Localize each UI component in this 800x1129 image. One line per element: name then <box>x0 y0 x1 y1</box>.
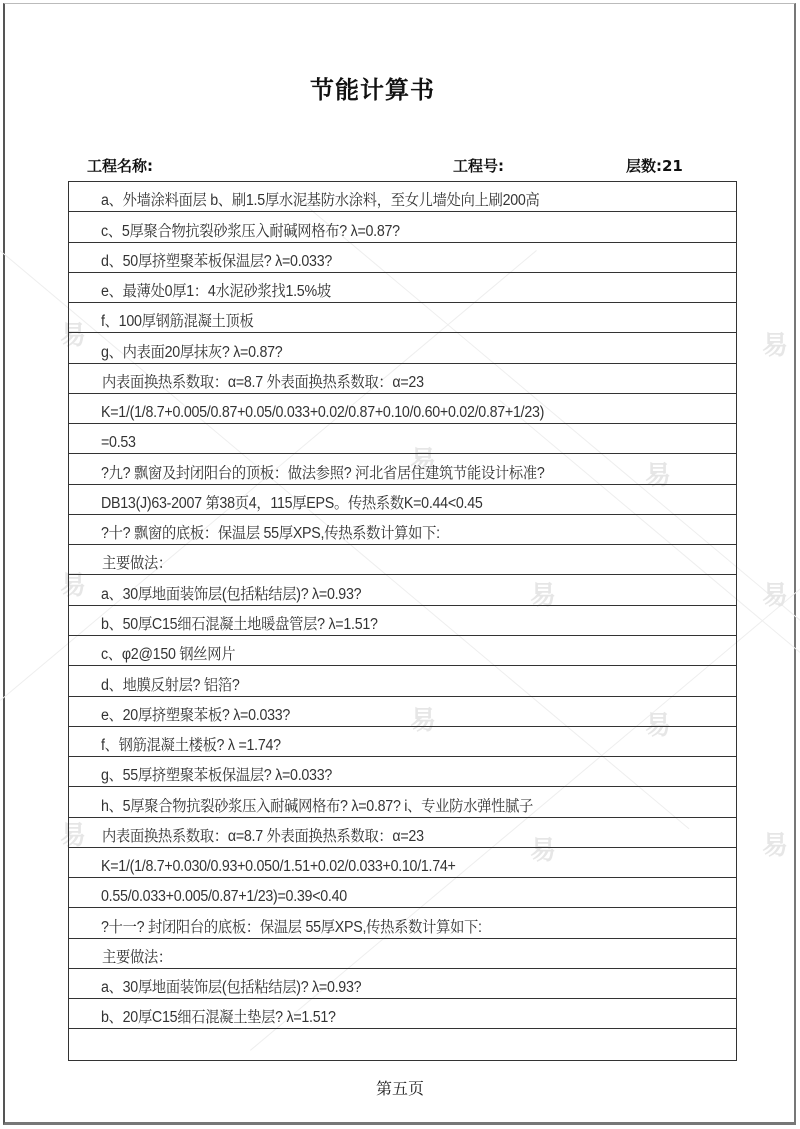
table-row: K=1/(1/8.7+0.005/0.87+0.05/0.033+0.02/0.… <box>69 394 736 424</box>
table-row: d、地膜反射层? 铝箔? <box>69 666 736 696</box>
table-row: a、外墙涂料面层 b、刷1.5厚水泥基防水涂料，至女儿墙处向上刷200高 <box>69 182 736 212</box>
row-text: b、20厚C15细石混凝土垫层? λ=1.51? <box>101 1005 336 1027</box>
table-row: K=1/(1/8.7+0.030/0.93+0.050/1.51+0.02/0.… <box>69 848 736 878</box>
row-text: f、钢筋混凝土楼板? λ =1.74? <box>101 733 281 755</box>
row-text: 内表面换热系数取：α=8.7 外表面换热系数取：α=23 <box>102 824 424 846</box>
row-text: a、30厚地面装饰层(包括粘结层)? λ=0.93? <box>101 582 361 604</box>
row-text: g、55厚挤塑聚苯板保温层? λ=0.033? <box>101 763 332 785</box>
row-text: K=1/(1/8.7+0.005/0.87+0.05/0.033+0.02/0.… <box>101 404 544 422</box>
row-text: e、最薄处0厚1：4水泥砂浆找1.5%坡 <box>101 279 331 301</box>
row-text: 主要做法： <box>102 945 172 967</box>
table-row: f、100厚钢筋混凝土顶板 <box>69 303 736 333</box>
table-row: a、30厚地面装饰层(包括粘结层)? λ=0.93? <box>69 969 736 999</box>
table-row: 内表面换热系数取：α=8.7 外表面换热系数取：α=23 <box>69 818 736 848</box>
row-text: ?十? 飘窗的底板：保温层 55厚XPS,传热系数计算如下: <box>101 521 440 543</box>
row-text: a、外墙涂料面层 b、刷1.5厚水泥基防水涂料，至女儿墙处向上刷200高 <box>101 188 540 210</box>
table-row: c、φ2@150 钢丝网片 <box>69 636 736 666</box>
table-row: g、内表面20厚抹灰? λ=0.87? <box>69 333 736 363</box>
table-row: =0.53 <box>69 424 736 454</box>
table-row: h、5厚聚合物抗裂砂浆压入耐碱网格布? λ=0.87? i、专业防水弹性腻子 <box>69 787 736 817</box>
floors-label: 层数:21 <box>626 155 683 176</box>
row-text: 主要做法： <box>102 551 172 573</box>
table-row: e、20厚挤塑聚苯板? λ=0.033? <box>69 697 736 727</box>
page-number: 第五页 <box>0 1076 800 1099</box>
table-row: f、钢筋混凝土楼板? λ =1.74? <box>69 727 736 757</box>
table-row: b、50厚C15细石混凝土地暖盘管层? λ=1.51? <box>69 606 736 636</box>
table-row: c、5厚聚合物抗裂砂浆压入耐碱网格布? λ=0.87? <box>69 212 736 242</box>
document-title: 节能计算书 <box>0 70 745 105</box>
row-text: d、地膜反射层? 铝箔? <box>101 673 240 695</box>
table-row: 主要做法： <box>69 545 736 575</box>
row-text: K=1/(1/8.7+0.030/0.93+0.050/1.51+0.02/0.… <box>101 858 456 876</box>
table-row: d、50厚挤塑聚苯板保温层? λ=0.033? <box>69 243 736 273</box>
table-row: a、30厚地面装饰层(包括粘结层)? λ=0.93? <box>69 575 736 605</box>
row-text: 0.55/0.033+0.005/0.87+1/23)=0.39<0.40 <box>101 888 347 906</box>
row-text: DB13(J)63-2007 第38页4，115厚EPS。传热系数K=0.44<… <box>101 491 483 513</box>
table-row: 内表面换热系数取：α=8.7 外表面换热系数取：α=23 <box>69 364 736 394</box>
table-row: ?十一? 封闭阳台的底板：保温层 55厚XPS,传热系数计算如下: <box>69 908 736 938</box>
row-text: c、φ2@150 钢丝网片 <box>101 642 235 664</box>
table-row: e、最薄处0厚1：4水泥砂浆找1.5%坡 <box>69 273 736 303</box>
table-row <box>69 1029 736 1059</box>
row-text: ?九? 飘窗及封闭阳台的顶板：做法参照? 河北省居住建筑节能设计标准? <box>101 461 545 483</box>
row-text: f、100厚钢筋混凝土顶板 <box>101 309 254 331</box>
row-text: 内表面换热系数取：α=8.7 外表面换热系数取：α=23 <box>102 370 424 392</box>
row-text: d、50厚挤塑聚苯板保温层? λ=0.033? <box>101 249 332 271</box>
table-row: g、55厚挤塑聚苯板保温层? λ=0.033? <box>69 757 736 787</box>
project-number-label: 工程号: <box>453 155 504 176</box>
row-text: b、50厚C15细石混凝土地暖盘管层? λ=1.51? <box>101 612 378 634</box>
row-text: =0.53 <box>101 434 136 452</box>
calculation-table: a、外墙涂料面层 b、刷1.5厚水泥基防水涂料，至女儿墙处向上刷200高 c、5… <box>68 181 737 1061</box>
row-text: h、5厚聚合物抗裂砂浆压入耐碱网格布? λ=0.87? i、专业防水弹性腻子 <box>101 794 533 816</box>
project-name-label: 工程名称: <box>87 155 153 176</box>
row-text: e、20厚挤塑聚苯板? λ=0.033? <box>101 703 290 725</box>
table-row: DB13(J)63-2007 第38页4，115厚EPS。传热系数K=0.44<… <box>69 485 736 515</box>
row-text: c、5厚聚合物抗裂砂浆压入耐碱网格布? λ=0.87? <box>101 219 400 241</box>
table-row: 主要做法： <box>69 939 736 969</box>
table-row: ?九? 飘窗及封闭阳台的顶板：做法参照? 河北省居住建筑节能设计标准? <box>69 454 736 484</box>
table-row: ?十? 飘窗的底板：保温层 55厚XPS,传热系数计算如下: <box>69 515 736 545</box>
row-text: a、30厚地面装饰层(包括粘结层)? λ=0.93? <box>101 975 361 997</box>
row-text: ?十一? 封闭阳台的底板：保温层 55厚XPS,传热系数计算如下: <box>101 915 482 937</box>
table-row: 0.55/0.033+0.005/0.87+1/23)=0.39<0.40 <box>69 878 736 908</box>
row-text: g、内表面20厚抹灰? λ=0.87? <box>101 340 282 362</box>
table-row: b、20厚C15细石混凝土垫层? λ=1.51? <box>69 999 736 1029</box>
